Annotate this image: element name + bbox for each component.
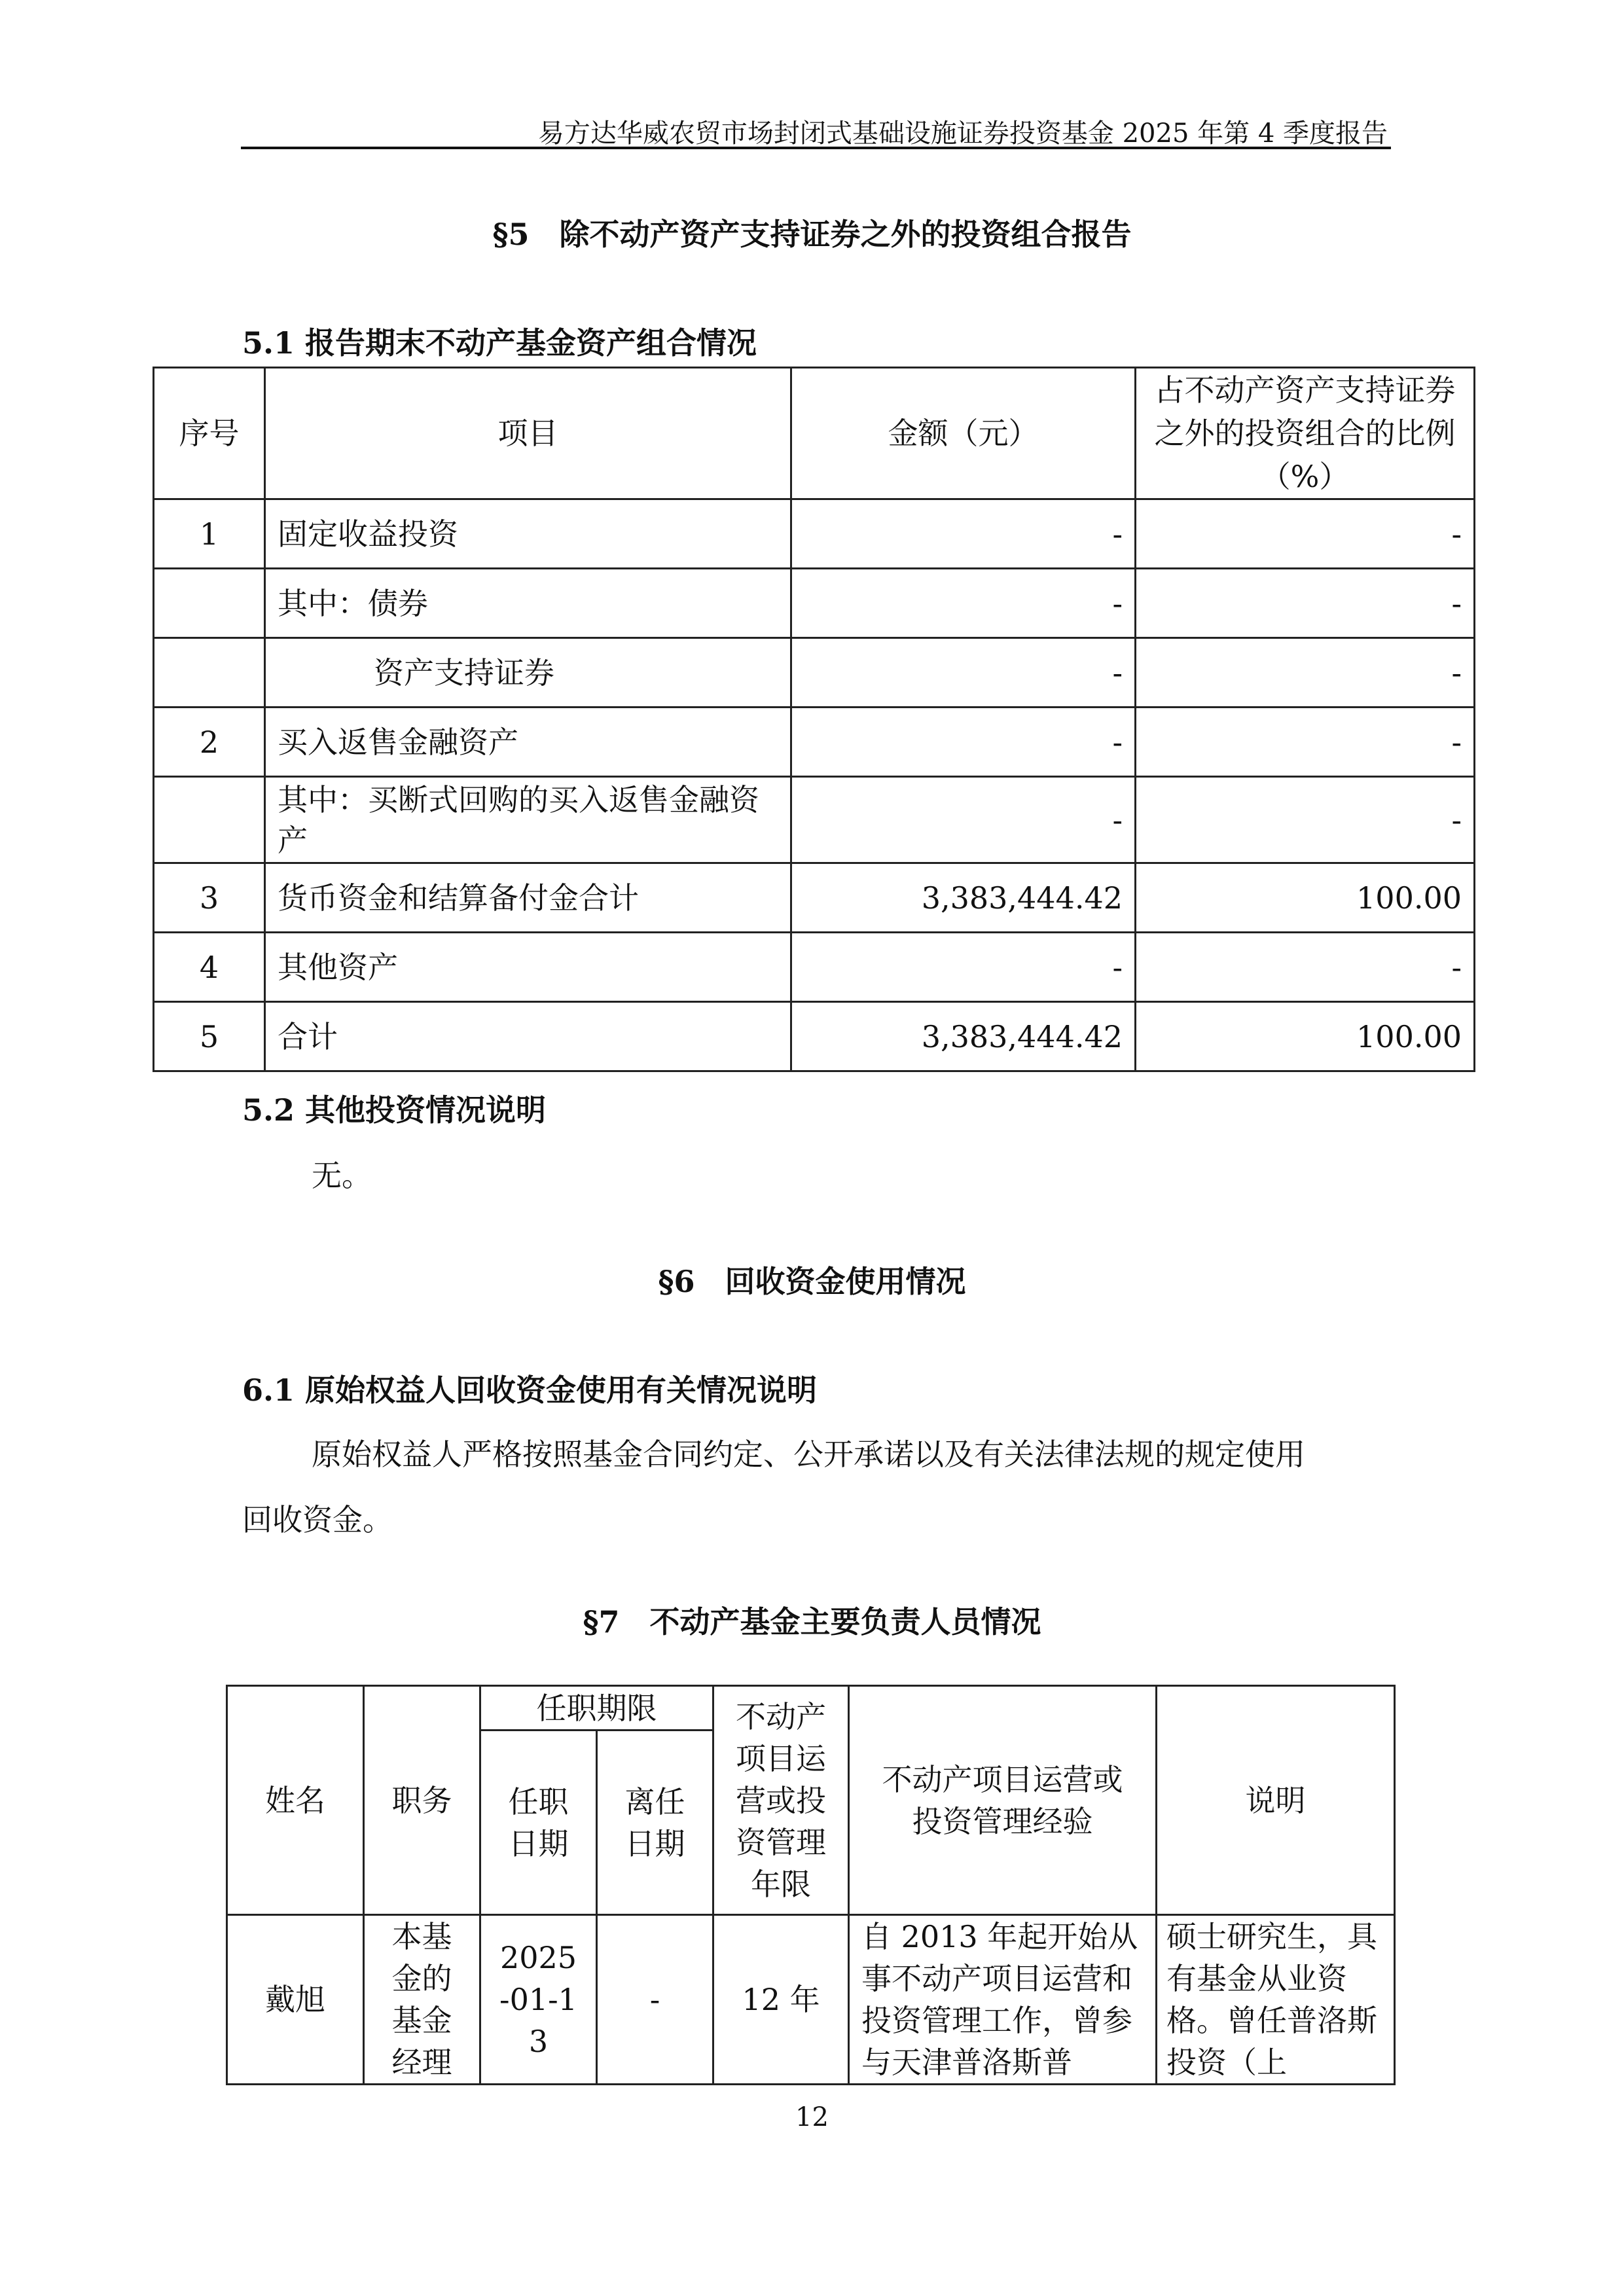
person-end-date: - [597,1915,713,2085]
col-header-end-date: 离任日期 [597,1731,713,1915]
row-ratio: 100.00 [1136,1002,1475,1071]
report-header-title: 易方达华威农贸市场封闭式基础设施证券投资基金 2025 年第 4 季度报告 [538,113,1388,150]
row-no: 4 [154,933,265,1002]
section-5-title: §5 除不动产资产支持证券之外的投资组合报告 [0,211,1624,254]
section-6-1-body-line2: 回收资金。 [242,1496,393,1539]
row-ratio: - [1136,933,1475,1002]
col-header-experience: 不动产项目运营或投资管理经验 [849,1686,1157,1915]
person-name: 戴旭 [227,1915,364,2085]
col-header-item: 项目 [265,368,791,499]
table-header-row: 姓名 职务 任职期限 不动产项目运营或投资管理年限 不动产项目运营或投资管理经验… [227,1686,1395,1731]
col-header-amount: 金额（元） [791,368,1136,499]
row-no: 3 [154,863,265,933]
row-item: 资产支持证券 [265,638,791,708]
row-amount: - [791,777,1136,863]
person-start-date: 2025-01-13 [480,1915,597,2085]
row-amount: - [791,933,1136,1002]
table-row: 戴旭 本基金的基金经理 2025-01-13 - 12 年 自 2013 年起开… [227,1915,1395,2085]
col-header-name: 姓名 [227,1686,364,1915]
row-ratio: - [1136,499,1475,569]
section-7-title: §7 不动产基金主要负责人员情况 [0,1598,1624,1641]
col-header-no: 序号 [154,368,265,499]
row-no: 5 [154,1002,265,1071]
section-6-1-body-line1: 原始权益人严格按照基金合同约定、公开承诺以及有关法律法规的规定使用 [312,1431,1305,1474]
col-header-ratio: 占不动产资产支持证券之外的投资组合的比例（%） [1136,368,1475,499]
row-ratio: - [1136,569,1475,638]
asset-portfolio-table: 序号 项目 金额（元） 占不动产资产支持证券之外的投资组合的比例（%） 1 固定… [153,367,1475,1072]
row-amount: - [791,638,1136,708]
table-row: 其中：买断式回购的买入返售金融资产 - - [154,777,1475,863]
table-row: 4 其他资产 - - [154,933,1475,1002]
row-item: 固定收益投资 [265,499,791,569]
key-personnel-table: 姓名 职务 任职期限 不动产项目运营或投资管理年限 不动产项目运营或投资管理经验… [226,1685,1396,2085]
section-5-2-body: 无。 [312,1152,372,1195]
table-row: 3 货币资金和结算备付金合计 3,383,444.42 100.00 [154,863,1475,933]
section-6-1-title: 6.1 原始权益人回收资金使用有关情况说明 [242,1367,817,1410]
header-rule [241,147,1391,149]
row-item: 货币资金和结算备付金合计 [265,863,791,933]
row-no: 1 [154,499,265,569]
row-no [154,569,265,638]
row-item: 合计 [265,1002,791,1071]
section-5-1-title: 5.1 报告期末不动产基金资产组合情况 [242,319,757,363]
row-item: 其他资产 [265,933,791,1002]
col-header-tenure: 任职期限 [480,1686,713,1731]
row-item: 其中：债券 [265,569,791,638]
row-ratio: - [1136,777,1475,863]
table-row: 资产支持证券 - - [154,638,1475,708]
row-no: 2 [154,708,265,777]
row-no [154,638,265,708]
table-row-total: 5 合计 3,383,444.42 100.00 [154,1002,1475,1071]
person-position: 本基金的基金经理 [364,1915,480,2085]
row-amount: - [791,569,1136,638]
row-amount: 3,383,444.42 [791,863,1136,933]
page-number: 12 [0,2102,1624,2132]
row-amount: 3,383,444.42 [791,1002,1136,1071]
row-no [154,777,265,863]
section-6-title: §6 回收资金使用情况 [0,1258,1624,1301]
row-ratio: - [1136,708,1475,777]
col-header-years: 不动产项目运营或投资管理年限 [713,1686,849,1915]
row-ratio: 100.00 [1136,863,1475,933]
col-header-position: 职务 [364,1686,480,1915]
row-amount: - [791,499,1136,569]
row-item: 其中：买断式回购的买入返售金融资产 [265,777,791,863]
person-note: 硕士研究生，具有基金从业资格。曾任普洛斯投资（上 [1157,1915,1395,2085]
section-5-2-title: 5.2 其他投资情况说明 [242,1086,546,1130]
row-item: 买入返售金融资产 [265,708,791,777]
row-ratio: - [1136,638,1475,708]
table-row: 2 买入返售金融资产 - - [154,708,1475,777]
col-header-note: 说明 [1157,1686,1395,1915]
person-experience: 自 2013 年起开始从事不动产项目运营和投资管理工作，曾参与天津普洛斯普 [849,1915,1157,2085]
table-row: 其中：债券 - - [154,569,1475,638]
row-amount: - [791,708,1136,777]
table-row: 1 固定收益投资 - - [154,499,1475,569]
person-years: 12 年 [713,1915,849,2085]
col-header-start-date: 任职日期 [480,1731,597,1915]
table-header-row: 序号 项目 金额（元） 占不动产资产支持证券之外的投资组合的比例（%） [154,368,1475,499]
